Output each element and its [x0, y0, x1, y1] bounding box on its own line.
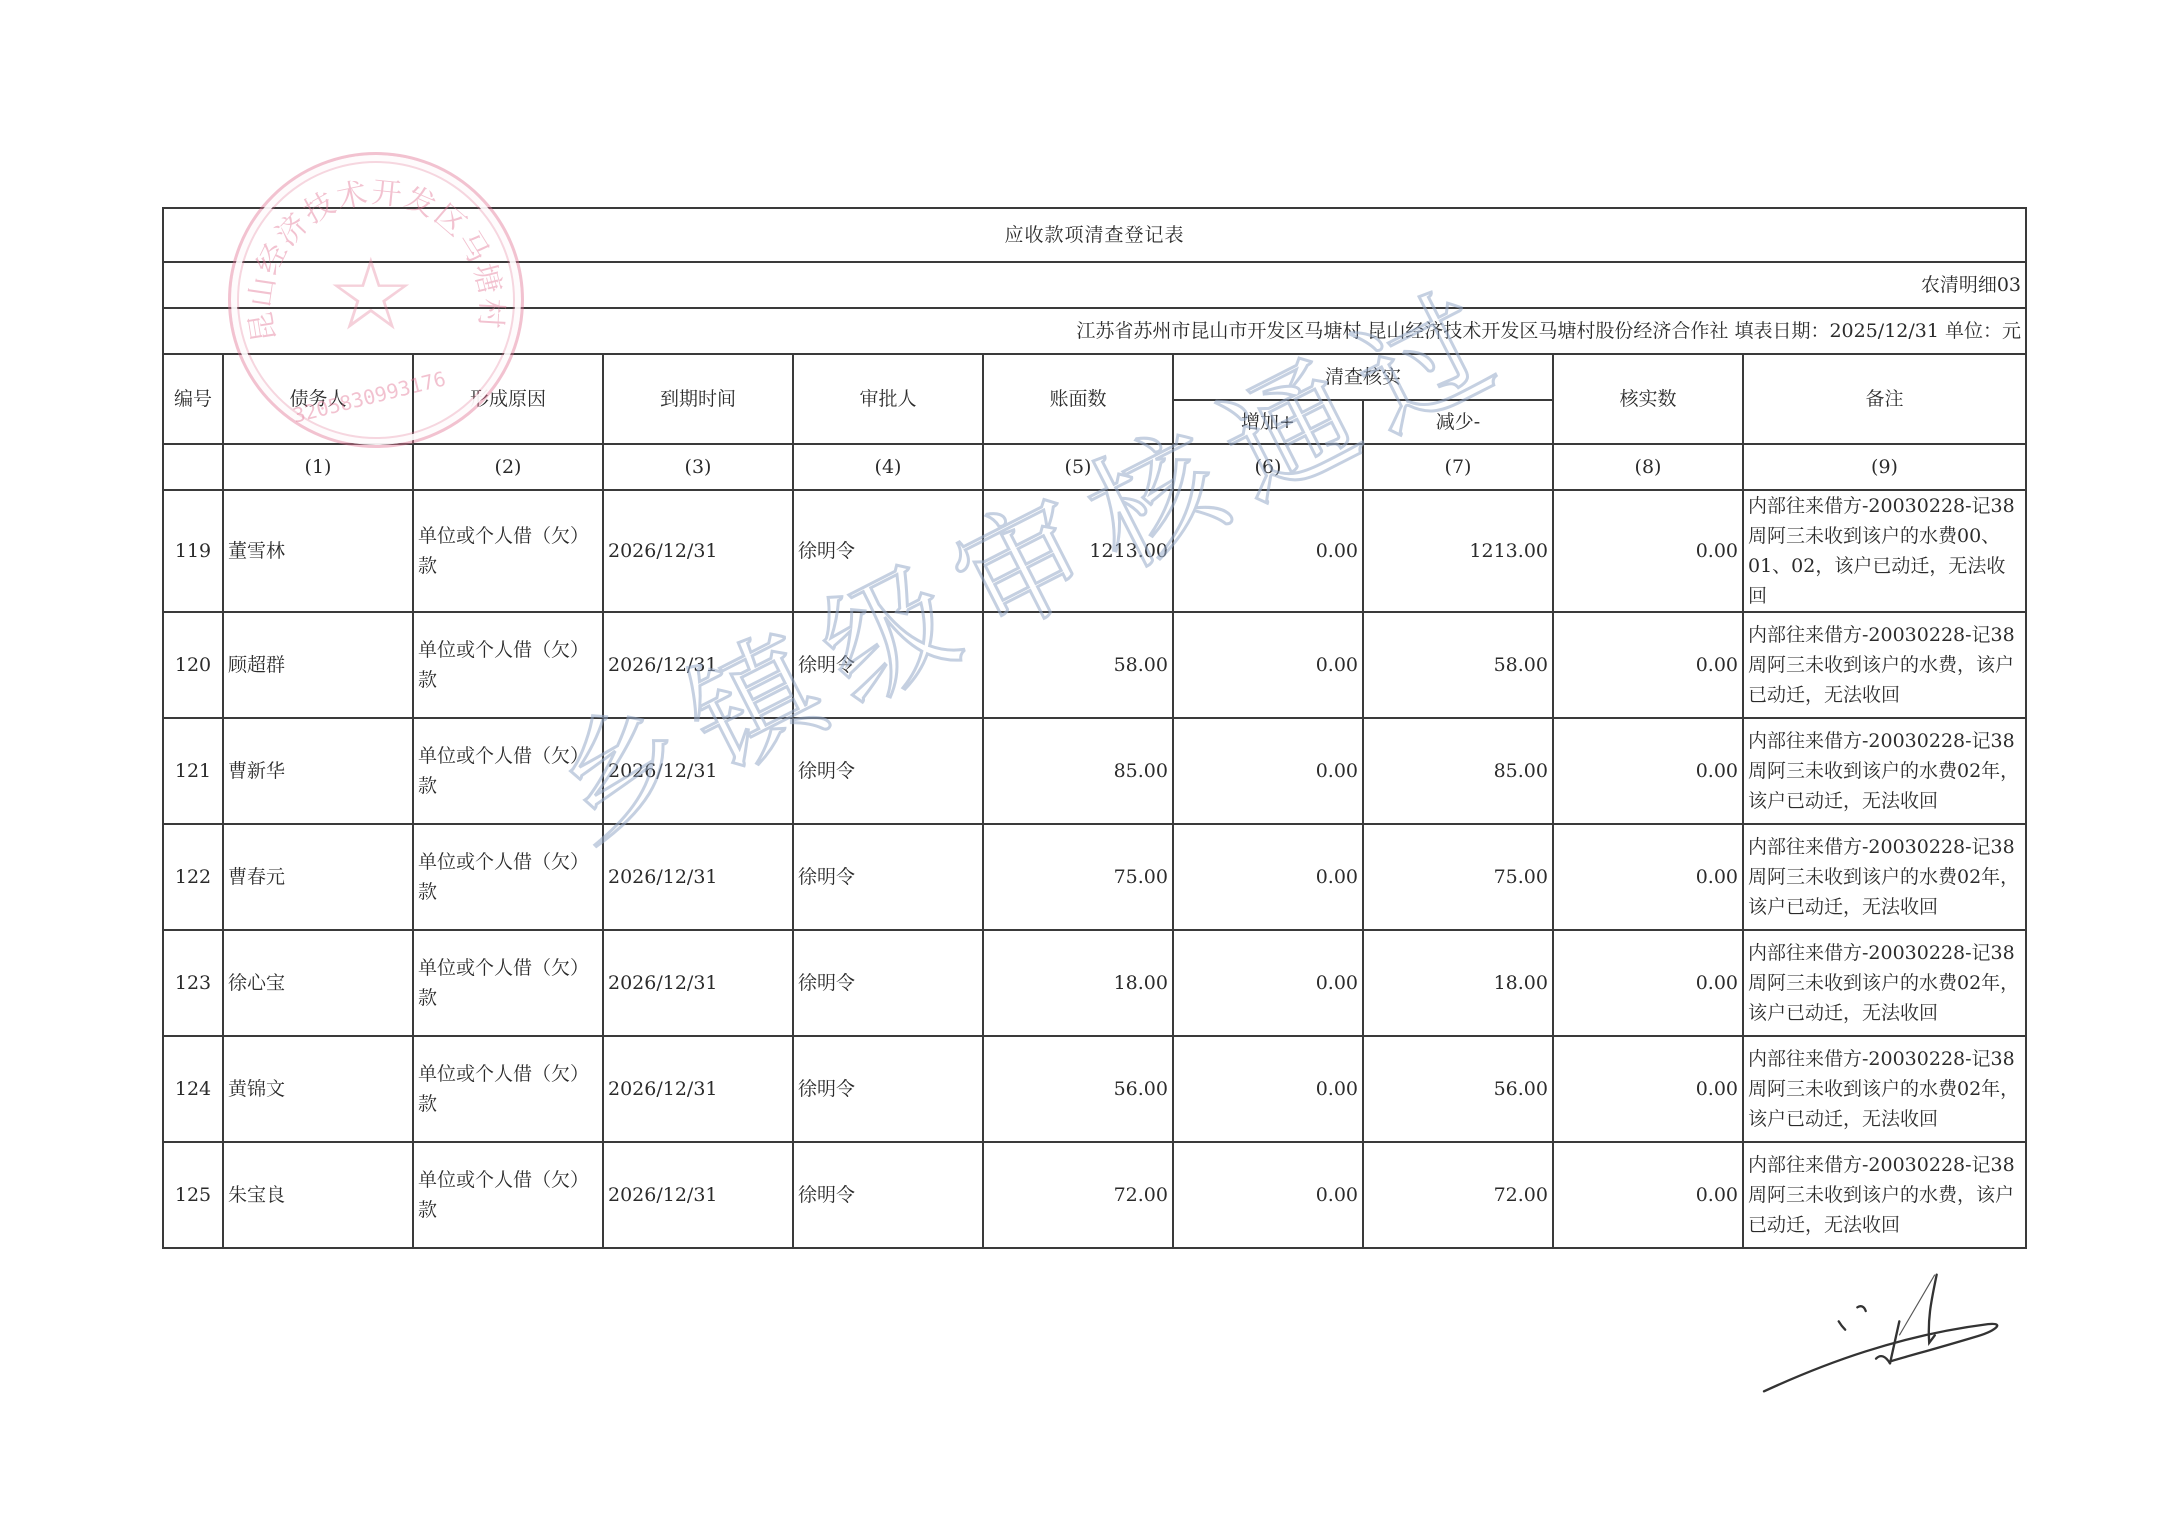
approver-name: 徐明令 — [793, 612, 983, 718]
decrease-amount: 75.00 — [1363, 824, 1553, 930]
formation-reason: 单位或个人借（欠）款 — [413, 930, 603, 1036]
due-date: 2026/12/31 — [603, 1036, 793, 1142]
column-index: (9) — [1743, 444, 2026, 490]
formation-reason: 单位或个人借（欠）款 — [413, 1142, 603, 1248]
book-amount: 18.00 — [983, 930, 1173, 1036]
decrease-amount: 56.00 — [1363, 1036, 1553, 1142]
decrease-amount: 58.00 — [1363, 612, 1553, 718]
verified-amount: 0.00 — [1553, 612, 1743, 718]
verified-amount: 0.00 — [1553, 930, 1743, 1036]
column-index: (6) — [1173, 444, 1363, 490]
receivables-register-table: 应收款项清查登记表 农清明细03 江苏省苏州市昆山市开发区马塘村 昆山经济技术开… — [162, 207, 2027, 1249]
remarks: 内部往来借方-20030228-记38周阿三未收到该户的水费02年，该户已动迁，… — [1743, 930, 2026, 1036]
row-no: 124 — [163, 1036, 223, 1142]
column-index: (5) — [983, 444, 1173, 490]
form-code: 农清明细03 — [163, 262, 2026, 308]
table-row: 121曹新华单位或个人借（欠）款2026/12/31徐明令85.000.0085… — [163, 718, 2026, 824]
header-debtor: 债务人 — [223, 354, 413, 444]
debtor-name: 徐心宝 — [223, 930, 413, 1036]
table-row: 119董雪林单位或个人借（欠）款2026/12/31徐明令1213.000.00… — [163, 490, 2026, 612]
book-amount: 1213.00 — [983, 490, 1173, 612]
table-row: 124黄锦文单位或个人借（欠）款2026/12/31徐明令56.000.0056… — [163, 1036, 2026, 1142]
decrease-amount: 85.00 — [1363, 718, 1553, 824]
row-no: 119 — [163, 490, 223, 612]
due-date: 2026/12/31 — [603, 490, 793, 612]
handwritten-signature — [1750, 1265, 2030, 1415]
verified-amount: 0.00 — [1553, 1142, 1743, 1248]
increase-amount: 0.00 — [1173, 930, 1363, 1036]
row-no: 125 — [163, 1142, 223, 1248]
column-index: (8) — [1553, 444, 1743, 490]
formation-reason: 单位或个人借（欠）款 — [413, 490, 603, 612]
decrease-amount: 1213.00 — [1363, 490, 1553, 612]
increase-amount: 0.00 — [1173, 718, 1363, 824]
header-verified-amount: 核实数 — [1553, 354, 1743, 444]
remarks: 内部往来借方-20030228-记38周阿三未收到该户的水费02年，该户已动迁，… — [1743, 718, 2026, 824]
row-no: 123 — [163, 930, 223, 1036]
debtor-name: 顾超群 — [223, 612, 413, 718]
index-blank — [163, 444, 223, 490]
debtor-name: 朱宝良 — [223, 1142, 413, 1248]
debtor-name: 曹新华 — [223, 718, 413, 824]
book-amount: 58.00 — [983, 612, 1173, 718]
book-amount: 56.00 — [983, 1036, 1173, 1142]
debtor-name: 黄锦文 — [223, 1036, 413, 1142]
remarks: 内部往来借方-20030228-记38周阿三未收到该户的水费02年，该户已动迁，… — [1743, 824, 2026, 930]
column-index: (7) — [1363, 444, 1553, 490]
due-date: 2026/12/31 — [603, 930, 793, 1036]
header-no: 编号 — [163, 354, 223, 444]
row-no: 121 — [163, 718, 223, 824]
table-row: 123徐心宝单位或个人借（欠）款2026/12/31徐明令18.000.0018… — [163, 930, 2026, 1036]
formation-reason: 单位或个人借（欠）款 — [413, 612, 603, 718]
header-due-date: 到期时间 — [603, 354, 793, 444]
header-book-amount: 账面数 — [983, 354, 1173, 444]
approver-name: 徐明令 — [793, 718, 983, 824]
table-body: 119董雪林单位或个人借（欠）款2026/12/31徐明令1213.000.00… — [163, 490, 2026, 1248]
header-approver: 审批人 — [793, 354, 983, 444]
approver-name: 徐明令 — [793, 1142, 983, 1248]
book-amount: 85.00 — [983, 718, 1173, 824]
row-no: 122 — [163, 824, 223, 930]
column-index-row: (1) (2) (3) (4) (5) (6) (7) (8) (9) — [163, 444, 2026, 490]
table-row: 120顾超群单位或个人借（欠）款2026/12/31徐明令58.000.0058… — [163, 612, 2026, 718]
due-date: 2026/12/31 — [603, 718, 793, 824]
decrease-amount: 18.00 — [1363, 930, 1553, 1036]
increase-amount: 0.00 — [1173, 490, 1363, 612]
row-no: 120 — [163, 612, 223, 718]
approver-name: 徐明令 — [793, 824, 983, 930]
approver-name: 徐明令 — [793, 1036, 983, 1142]
debtor-name: 董雪林 — [223, 490, 413, 612]
document-title: 应收款项清查登记表 — [163, 208, 2026, 262]
verified-amount: 0.00 — [1553, 1036, 1743, 1142]
table-row: 125朱宝良单位或个人借（欠）款2026/12/31徐明令72.000.0072… — [163, 1142, 2026, 1248]
column-index: (4) — [793, 444, 983, 490]
decrease-amount: 72.00 — [1363, 1142, 1553, 1248]
formation-reason: 单位或个人借（欠）款 — [413, 718, 603, 824]
remarks: 内部往来借方-20030228-记38周阿三未收到该户的水费02年，该户已动迁，… — [1743, 1036, 2026, 1142]
increase-amount: 0.00 — [1173, 612, 1363, 718]
column-index: (3) — [603, 444, 793, 490]
receivables-register-sheet: 应收款项清查登记表 农清明细03 江苏省苏州市昆山市开发区马塘村 昆山经济技术开… — [162, 207, 2015, 1249]
approver-name: 徐明令 — [793, 490, 983, 612]
verified-amount: 0.00 — [1553, 824, 1743, 930]
column-index: (1) — [223, 444, 413, 490]
verified-amount: 0.00 — [1553, 490, 1743, 612]
approver-name: 徐明令 — [793, 930, 983, 1036]
header-decrease: 减少- — [1363, 400, 1553, 444]
increase-amount: 0.00 — [1173, 1036, 1363, 1142]
due-date: 2026/12/31 — [603, 1142, 793, 1248]
formation-reason: 单位或个人借（欠）款 — [413, 1036, 603, 1142]
table-row: 122曹春元单位或个人借（欠）款2026/12/31徐明令75.000.0075… — [163, 824, 2026, 930]
header-remarks: 备注 — [1743, 354, 2026, 444]
remarks: 内部往来借方-20030228-记38周阿三未收到该户的水费00、01、02，该… — [1743, 490, 2026, 612]
remarks: 内部往来借方-20030228-记38周阿三未收到该户的水费，该户已动迁，无法收… — [1743, 612, 2026, 718]
remarks: 内部往来借方-20030228-记38周阿三未收到该户的水费，该户已动迁，无法收… — [1743, 1142, 2026, 1248]
due-date: 2026/12/31 — [603, 824, 793, 930]
increase-amount: 0.00 — [1173, 1142, 1363, 1248]
due-date: 2026/12/31 — [603, 612, 793, 718]
organization-info-line: 江苏省苏州市昆山市开发区马塘村 昆山经济技术开发区马塘村股份经济合作社 填表日期… — [163, 308, 2026, 354]
header-increase: 增加+ — [1173, 400, 1363, 444]
book-amount: 75.00 — [983, 824, 1173, 930]
header-reason: 形成原因 — [413, 354, 603, 444]
column-index: (2) — [413, 444, 603, 490]
header-verification-group: 清查核实 — [1173, 354, 1553, 400]
verified-amount: 0.00 — [1553, 718, 1743, 824]
increase-amount: 0.00 — [1173, 824, 1363, 930]
formation-reason: 单位或个人借（欠）款 — [413, 824, 603, 930]
book-amount: 72.00 — [983, 1142, 1173, 1248]
debtor-name: 曹春元 — [223, 824, 413, 930]
